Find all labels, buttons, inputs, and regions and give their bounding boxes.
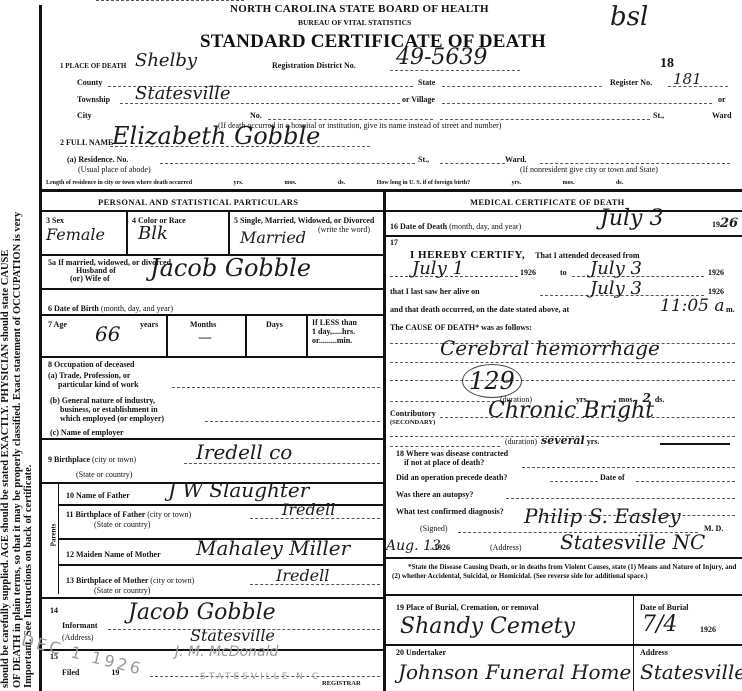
father-label: 10 Name of Father [66,491,130,501]
mother-label: 12 Maiden Name of Mother [66,550,161,560]
birthplace-state-label: (State or country) [76,470,132,480]
months-label: Months [190,320,216,330]
undertaker-address-value: Statesville [640,660,742,684]
contributory-duration: (duration)severalyrs. [505,436,599,447]
informant-label: Informant [62,621,98,631]
burial-date-year: 1926 [700,625,716,635]
marital-label: 5 Single, Married, Widowed, or Divorced [234,216,379,225]
mother-state-label: (State or country) [94,586,150,596]
burial-place-label: 19 Place of Burial, Cremation, or remova… [396,603,539,613]
board-name: NORTH CAROLINA STATE BOARD OF HEALTH [230,4,489,14]
age-label: 7 Age [48,320,67,330]
township-label: Township [77,95,110,105]
register-number: 181 [673,70,702,88]
father-birthplace-value: Iredell [282,500,335,519]
burial-place-value: Shandy Cemety [400,614,575,639]
attended-from-year: 1926 [520,268,536,278]
undertaker-value: Johnson Funeral Home [398,660,631,684]
occupation-c: (c) Name of employer [50,428,124,438]
residence-st-label: St., [418,155,429,165]
register-prefix: 18 [660,56,674,72]
physician-address: Statesville NC [560,530,705,554]
death-time: 11:05 a [660,296,725,316]
registrar-stamp: STATESVILLE N C [200,672,321,682]
test-label: What test confirmed diagnosis? [396,507,504,517]
cause-label: The CAUSE OF DEATH* was as follows: [390,323,532,333]
md-label: M. D. [704,524,723,534]
last-saw-label: that I last saw her alive on [390,287,480,297]
item-17: 17 [390,238,398,248]
informant-number: 14 [50,606,58,616]
physician-address-label: (Address) [490,543,522,553]
place-of-death-label: 1 PLACE OF DEATH [60,61,126,71]
burial-date-value: 7/4 [642,612,677,637]
marital-value: Married [240,228,306,247]
registrar-label: REGISTRAR [322,679,361,689]
county-value: Shelby [135,50,197,71]
informant-address-value: Statesville [190,626,275,645]
bureau-name: BUREAU OF VITAL STATISTICS [298,18,411,28]
operation-label: Did an operation precede death? [396,473,507,483]
occupation-label: 8 Occupation of deceased [48,360,134,370]
sex-value: Female [46,225,105,244]
signature-year: . 1926 [430,543,450,553]
attended-to-date: July 3 [590,258,642,279]
residence-sub: (Usual place of abode) [78,165,151,175]
death-occurred-label: and that death occurred, on the date sta… [390,305,569,315]
father-state-label: (State or country) [94,520,150,530]
undertaker-label: 20 Undertaker [396,648,446,658]
years-label: years [140,320,158,330]
father-value: J W Slaughter [168,478,309,502]
birthplace-value: Iredell co [196,440,292,464]
physician-signature: Philip S. Easley [524,504,681,528]
date-of-death-label: 16 Date of Death (month, day, and year) [390,222,521,232]
days-label: Days [266,320,283,330]
spouse-value: Jacob Gobble [150,254,311,282]
to-label: to [560,268,567,278]
contributory-cause: Chronic Bright [488,398,654,423]
residence-ward-label: Ward. [505,155,527,165]
left-margin: should be carefully supplied. AGE should… [0,0,36,691]
parents-label: Parents [48,524,58,547]
birthplace-label: 9 Birthplace (city or town) [48,455,136,465]
state-label: State [418,78,435,88]
color-value: Blk [138,223,168,244]
mother-birthplace-value: Iredell [276,566,329,585]
attended-to-year: 1926 [708,268,724,278]
column-divider [383,192,386,691]
contributory-label: Contributory (SECONDARY) [390,409,436,427]
village-label: or Village [402,95,435,105]
mother-birthplace-label: 13 Birthplace of Mother (city or town) [66,576,194,586]
cause-footnote: *State the Disease Causing Death, or in … [392,563,737,581]
corner-initials: bsl [610,2,648,32]
city-ward-label: Ward [712,111,732,121]
cause-of-death: Cerebral hemorrhage [440,336,660,360]
personal-section-title: PERSONAL AND STATISTICAL PARTICULARS [98,197,298,207]
or-label: or [718,95,726,105]
last-saw-date: July 3 [590,278,642,299]
date-of-death-value: July 3 [600,206,663,231]
city-st-label: St., [653,111,664,121]
death-time-suffix: m. [726,305,735,315]
months-value: — [198,330,212,346]
nonresident-note: (If nonresident give city or town and St… [520,165,658,175]
signed-label: (Signed) [420,524,448,534]
attended-from-date: July 1 [412,258,464,279]
operation-date-label: Date of [600,473,625,483]
autopsy-label: Was there an autopsy? [396,490,473,500]
margin-instructions: should be carefully supplied. AGE should… [0,8,36,688]
dob-label: 6 Date of Birth (month, day, and year) [48,304,173,314]
less-than-day: If LESS than 1 day,.....hrs. or.........… [312,318,357,345]
form-left-border [39,5,42,691]
city-no-label: No. [250,111,262,121]
township-value: Statesville [135,83,231,104]
register-label: Register No. [610,78,652,88]
registrar-signature: J. M. McDonald [175,644,278,660]
residence-label: (a) Residence. No. [67,155,128,165]
registration-label: Registration District No. [272,61,356,71]
page-title: STANDARD CERTIFICATE OF DEATH [200,31,546,53]
informant-value: Jacob Gobble [128,600,276,625]
full-name-label: 2 FULL NAME [60,138,113,148]
occupation-b: (b) General nature of industry, business… [50,396,164,423]
occupation-a: (a) Trade, Profession, or particular kin… [48,371,139,389]
disease-contracted: 18 Where was disease contracted if not a… [396,449,508,467]
full-name-value: Elizabeth Gobble [112,122,320,150]
county-label: County [77,78,102,88]
undertaker-address-label: Address [640,648,668,658]
mother-value: Mahaley Miller [196,536,350,560]
father-birthplace-label: 11 Birthplace of Father (city or town) [66,510,191,520]
registration-number: 49-5639 [396,45,487,70]
age-value: 66 [95,322,120,346]
length-of-residence: Length of residence in city or town wher… [46,178,623,188]
date-of-death-year: 1926 [712,219,738,230]
city-label: City [77,111,92,121]
marital-sub: (write the word) [318,225,370,235]
